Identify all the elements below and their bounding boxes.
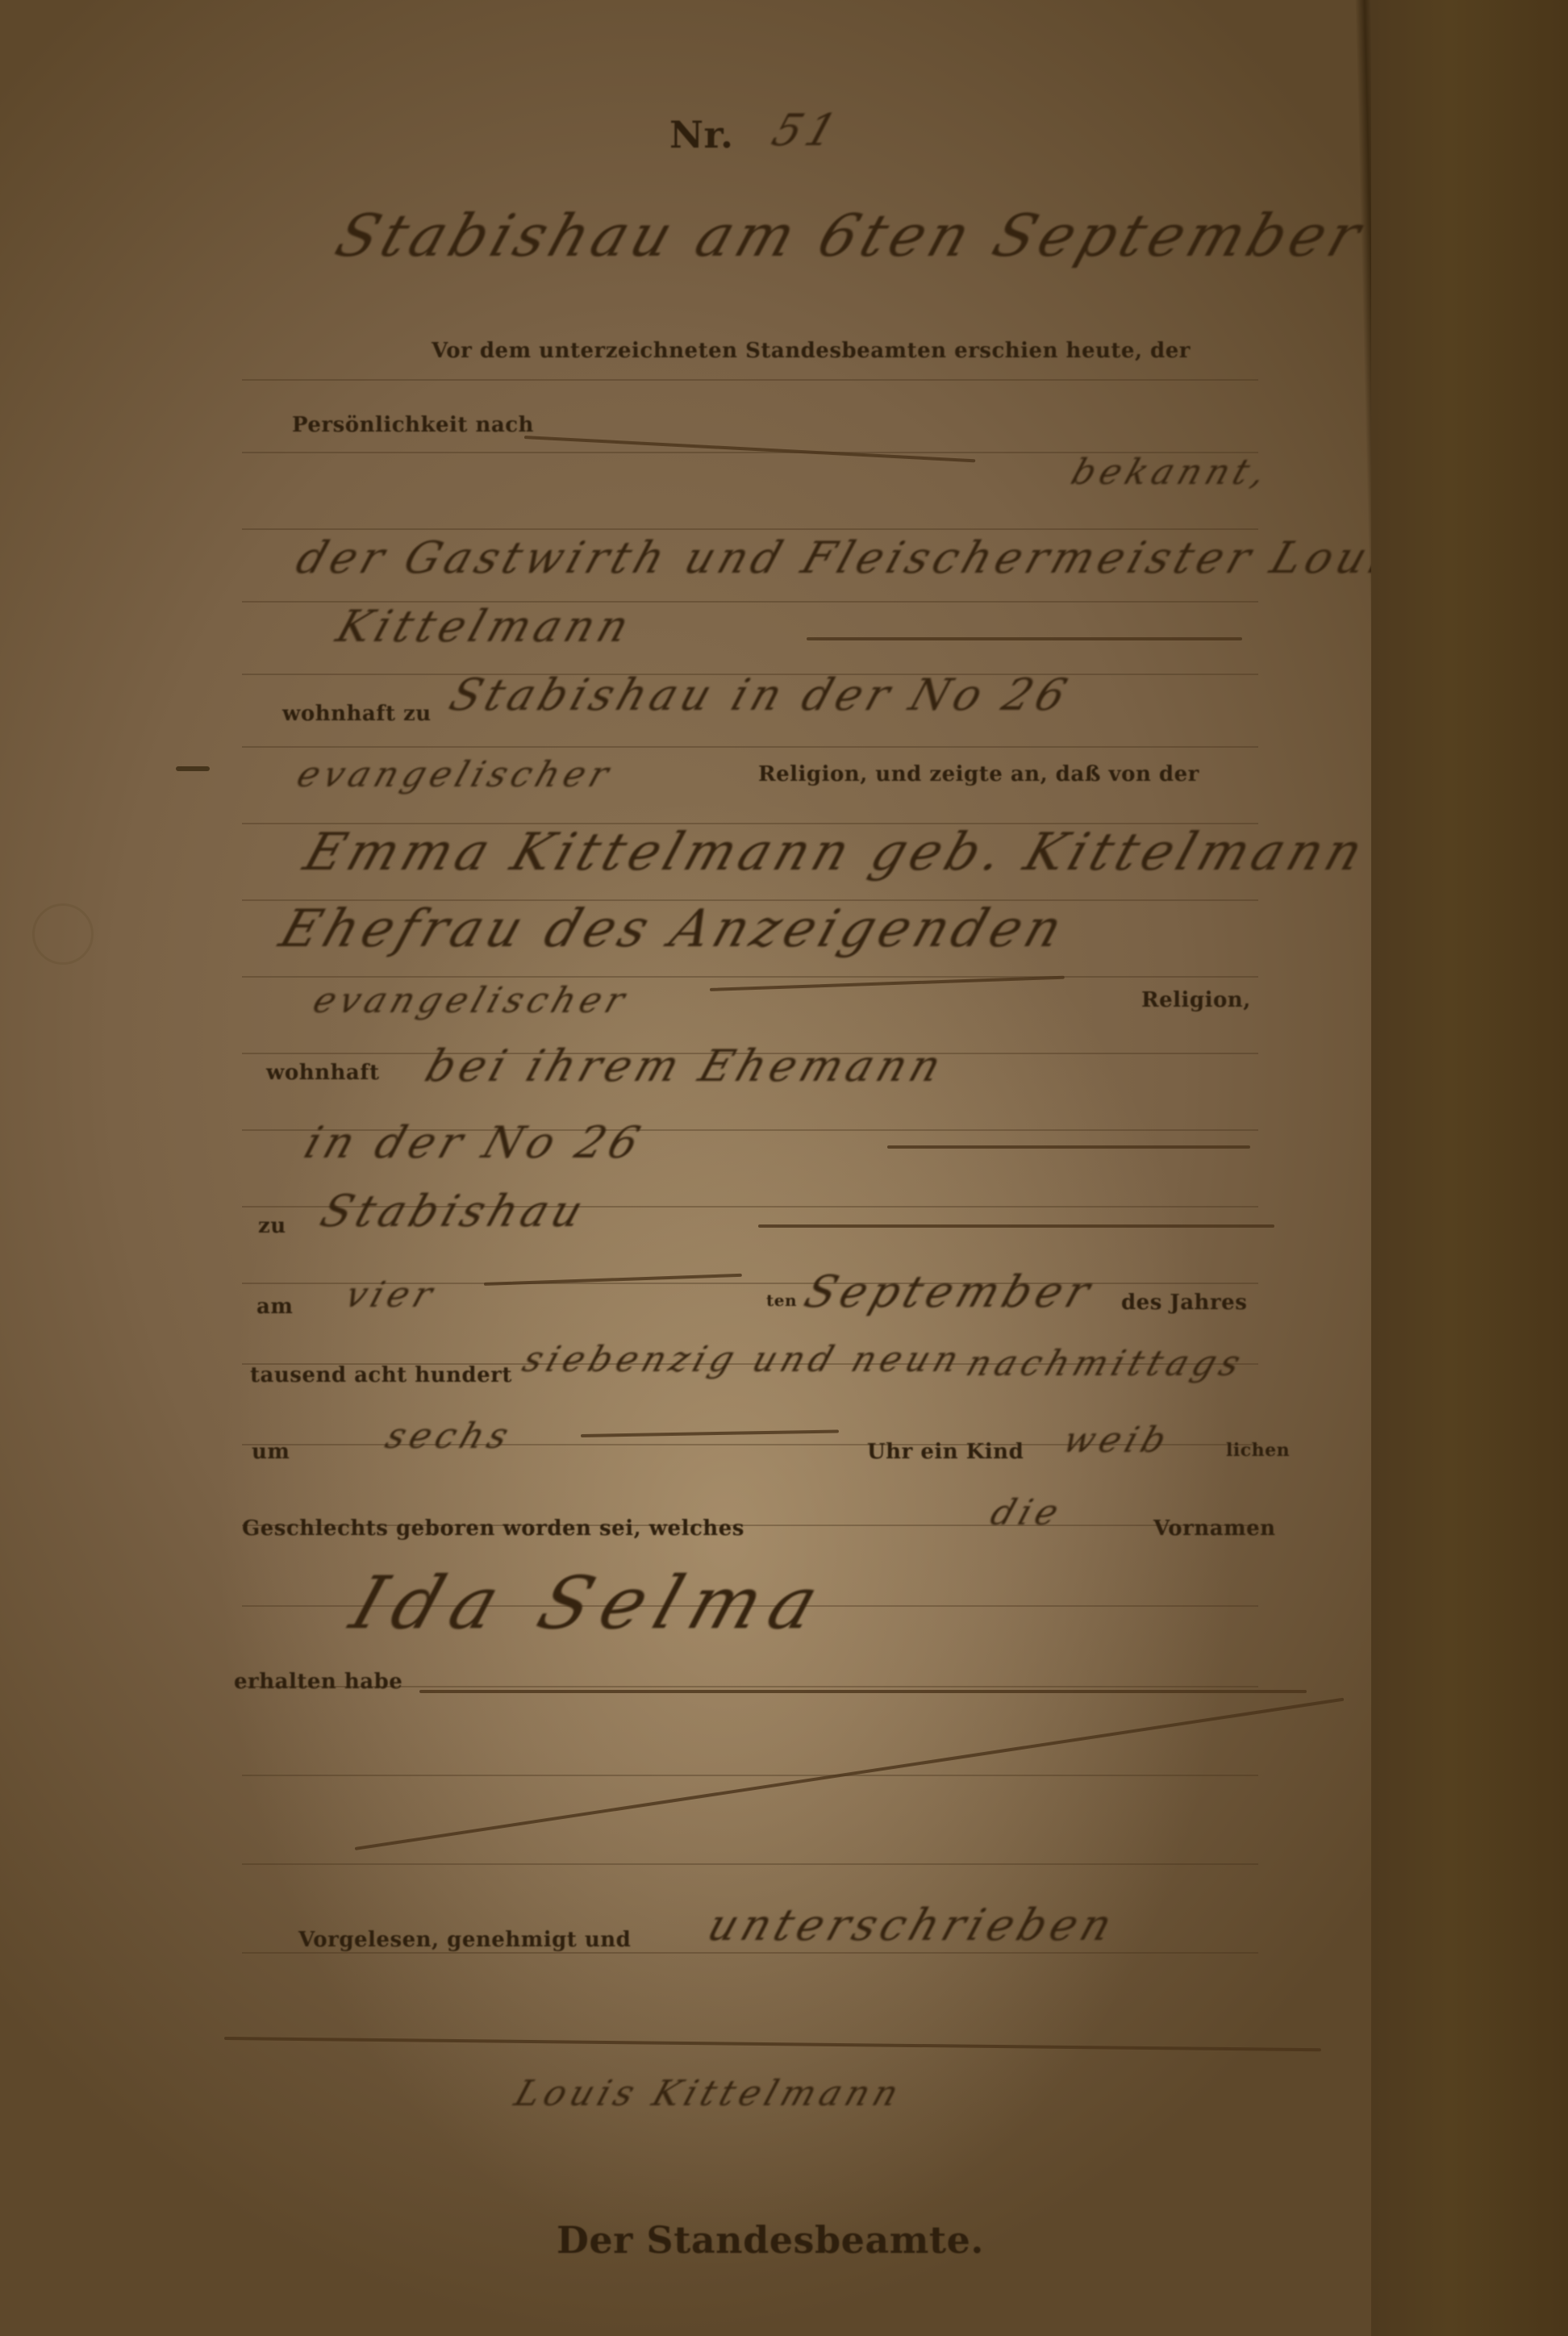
time-of-day: nachmittags xyxy=(961,1343,1250,1384)
mother-residence-value-2: in der No 26 xyxy=(298,1117,651,1168)
sex-suffix: lichen xyxy=(1226,1440,1290,1461)
personality-value: bekannt, xyxy=(1066,452,1276,493)
hour-label: um xyxy=(252,1440,290,1464)
document-page: Nr. 51 Stabishau am 6ten September 1879 … xyxy=(0,0,1568,2336)
fill-stroke xyxy=(419,1690,1307,1693)
sex-value: weib xyxy=(1058,1420,1177,1461)
child-label: Uhr ein Kind xyxy=(867,1440,1024,1464)
ruled-line xyxy=(242,528,1258,530)
fill-stroke xyxy=(710,976,1065,991)
mother-name: Emma Kittelmann geb. Kittelmann xyxy=(297,823,1374,882)
ruled-line xyxy=(242,1775,1258,1776)
place-value: Stabishau xyxy=(315,1186,594,1237)
margin-mark xyxy=(176,766,210,771)
received-label: erhalten habe xyxy=(234,1670,402,1694)
mother-religion-value: evangelischer xyxy=(308,980,635,1021)
ruled-line xyxy=(242,379,1258,381)
paper-stain xyxy=(32,903,94,965)
separator-line xyxy=(224,2037,1321,2051)
ruled-line xyxy=(242,746,1258,748)
mother-relation: Ehefrau des Anzeigenden xyxy=(273,899,1074,959)
place-label: zu xyxy=(258,1214,286,1238)
religion-value: evangelischer xyxy=(292,754,619,795)
day-value: vier xyxy=(340,1274,443,1316)
residence-label: wohnhaft zu xyxy=(282,702,432,726)
hour-value: sechs xyxy=(381,1416,519,1457)
born-label: Geschlechts geboren worden sei, welches xyxy=(242,1516,744,1541)
fill-stroke xyxy=(758,1224,1274,1228)
religion-suffix: Religion, und zeigte an, daß von der xyxy=(758,762,1199,786)
day-label: am xyxy=(256,1295,293,1319)
mother-religion-label: Religion, xyxy=(1141,988,1251,1012)
fill-stroke xyxy=(524,436,975,462)
intro-text: Vor dem unterzeichneten Standesbeamten e… xyxy=(432,339,1191,363)
closing-label: Vorgelesen, genehmigt und xyxy=(298,1928,631,1952)
informant-occupation: der Gastwirth und Fleischermeister Louis xyxy=(290,532,1424,583)
mother-residence-value: bei ihrem Ehemann xyxy=(419,1041,953,1091)
month-value: September xyxy=(799,1266,1101,1317)
article-value: die xyxy=(986,1492,1069,1533)
fill-stroke xyxy=(581,1429,839,1437)
informant-surname: Kittelmann xyxy=(331,601,640,652)
closing-value: unterschrieben xyxy=(702,1900,1124,1950)
fill-stroke xyxy=(887,1145,1250,1149)
year-label: des Jahres xyxy=(1121,1291,1247,1315)
year-prefix: tausend acht hundert xyxy=(250,1363,512,1387)
fill-stroke xyxy=(807,637,1242,640)
given-names-label: Vornamen xyxy=(1153,1516,1276,1541)
day-suffix: ten xyxy=(766,1291,797,1310)
record-number-label: Nr. xyxy=(669,113,734,156)
adjacent-page xyxy=(1371,0,1568,2336)
record-number: 51 xyxy=(766,105,848,156)
ruled-line xyxy=(242,1952,1258,1954)
mother-residence-label: wohnhaft xyxy=(266,1061,379,1085)
year-value: siebenzig und neun xyxy=(518,1339,969,1380)
informant-signature: Louis Kittelmann xyxy=(510,2073,908,2114)
residence-value: Stabishau in der No 26 xyxy=(444,670,1078,720)
ruled-line xyxy=(242,1863,1258,1865)
given-names-value: Ida Selma xyxy=(341,1561,840,1646)
personality-label: Persönlichkeit nach xyxy=(292,413,534,437)
registrar-label: Der Standesbeamte. xyxy=(557,2218,984,2262)
ruled-line xyxy=(242,976,1258,978)
